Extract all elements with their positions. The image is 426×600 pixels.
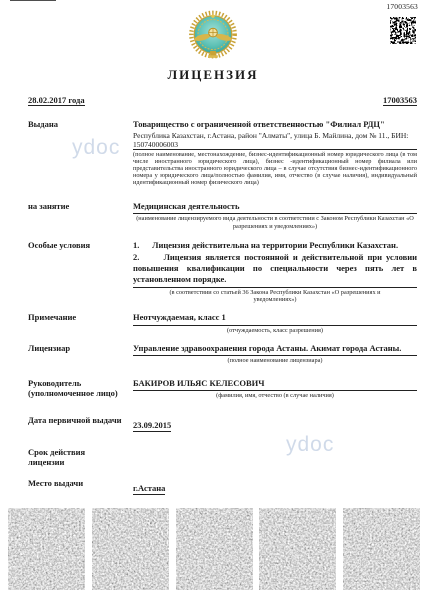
licensor-caption: (полное наименование лицензиара) [133,356,417,364]
datamatrix-barcode-4 [259,508,336,590]
document-number-top: 17003563 [386,2,418,11]
licensor-value-block: Управление здравоохранения города Астаны… [133,343,417,364]
note-caption: (отчуждаемость, класс разрешения) [133,326,417,334]
license-document: { "page": { "top_number": "17003563", "t… [0,0,426,600]
validity-label-line2: лицензии [28,457,127,467]
datamatrix-barcode-1 [8,508,85,590]
barcode-strip [8,508,420,590]
special-conditions-items: 1. Лицензия действительна на территории … [133,240,417,288]
company-address: Республика Казахстан, г.Астана, район "А… [133,131,417,149]
first-issue-label: Дата первичной выдачи [28,415,133,425]
special-conditions-caption: (в соответствии со статьей 36 Закона Рес… [160,288,390,303]
scan-artifact-line [10,0,56,1]
qr-code-icon [389,15,417,47]
company-name: Товарищество с ограниченной ответственно… [133,119,417,130]
note-row: Примечание Неотчуждаемая, класс 1 (отчуж… [28,312,417,333]
issue-place-row: Место выдачи г.Астана [28,478,417,496]
kazakhstan-emblem-icon [184,8,242,62]
datamatrix-barcode-3 [176,508,253,590]
issued-to-label: Выдана [28,119,133,129]
issue-place-label: Место выдачи [28,478,133,488]
head-label-line2: (уполномоченное лицо) [28,388,127,398]
head-row: Руководитель (уполномоченное лицо) БАКИР… [28,378,417,399]
datamatrix-barcode-2 [92,508,169,590]
licensor-row: Лицензиар Управление здравоохранения гор… [28,343,417,364]
activity-value: Медицинская деятельность [133,201,417,214]
note-value-block: Неотчуждаемая, класс 1 (отчуждаемость, к… [133,312,417,333]
activity-label: на занятие [28,201,133,211]
issue-date: 28.02.2017 года [28,95,85,106]
issued-to-value-block: Товарищество с ограниченной ответственно… [133,119,417,186]
issue-place-value-block: г.Астана [133,478,417,496]
special-conditions-label: Особые условия [28,240,133,250]
activity-row: на занятие Медицинская деятельность (наи… [28,201,417,230]
validity-label-line1: Срок действия [28,447,127,457]
special-conditions-value-block: 1. Лицензия действительна на территории … [133,240,417,304]
issued-to-caption: (полное наименование, местонахождение, б… [133,149,417,186]
head-label: Руководитель (уполномоченное лицо) [28,378,133,398]
licensor-value: Управление здравоохранения города Астаны… [133,343,417,356]
datamatrix-barcode-5 [343,508,420,590]
validity-label: Срок действия лицензии [28,447,133,467]
special-condition-item-1: 1. Лицензия действительна на территории … [133,240,417,251]
special-condition-item-2: 2. Лицензия является постоянной и действ… [133,252,417,285]
license-number: 17003563 [383,95,417,106]
note-label: Примечание [28,312,133,322]
head-value-block: БАКИРОВ ИЛЬЯС КЕЛЕСОВИЧ (фамилия, имя, о… [133,378,417,399]
first-issue-value: 23.09.2015 [133,420,171,432]
document-title: ЛИЦЕНЗИЯ [0,67,426,83]
head-label-line1: Руководитель [28,378,127,388]
issue-place-value: г.Астана [133,483,165,495]
note-value: Неотчуждаемая, класс 1 [133,312,417,325]
first-issue-row: Дата первичной выдачи 23.09.2015 [28,415,417,433]
licensor-label: Лицензиар [28,343,133,353]
activity-caption: (наименование лицензируемого вида деятел… [133,214,417,229]
first-issue-value-block: 23.09.2015 [133,415,417,433]
date-number-row: 28.02.2017 года 17003563 [28,95,417,106]
head-value: БАКИРОВ ИЛЬЯС КЕЛЕСОВИЧ [133,378,417,391]
activity-value-block: Медицинская деятельность (наименование л… [133,201,417,230]
issued-to-row: Выдана Товарищество с ограниченной ответ… [28,119,417,186]
validity-row: Срок действия лицензии [28,447,417,467]
special-conditions-row: Особые условия 1. Лицензия действительна… [28,240,417,304]
head-caption: (фамилия, имя, отчество (в случае наличи… [133,391,417,399]
